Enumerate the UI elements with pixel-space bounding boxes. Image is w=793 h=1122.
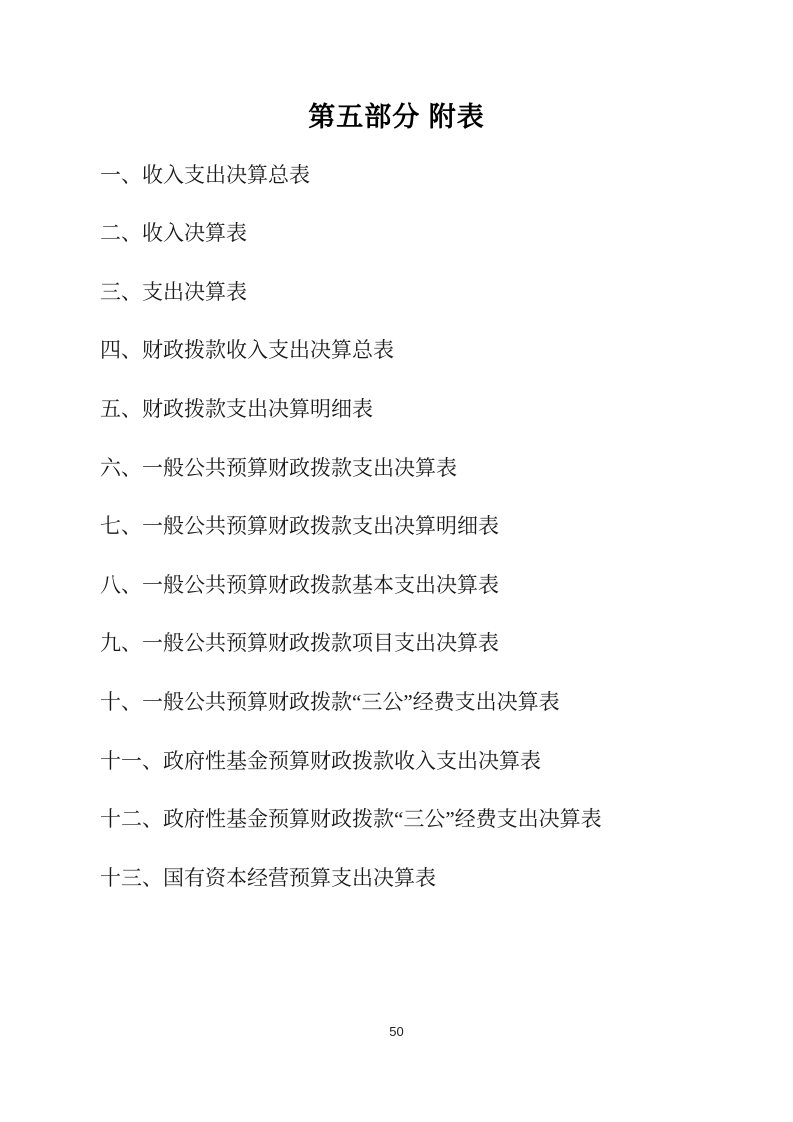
toc-item-2: 二、收入决算表 xyxy=(100,205,743,264)
toc-item-4: 四、财政拨款收入支出决算总表 xyxy=(100,322,743,381)
table-of-contents: 一、收入支出决算总表 二、收入决算表 三、支出决算表 四、财政拨款收入支出决算总… xyxy=(100,146,743,908)
page-number: 50 xyxy=(0,1024,793,1039)
document-page: 第五部分 附表 一、收入支出决算总表 二、收入决算表 三、支出决算表 四、财政拨… xyxy=(0,0,793,1122)
toc-item-3: 三、支出决算表 xyxy=(100,263,743,322)
toc-item-13: 十三、国有资本经营预算支出决算表 xyxy=(100,849,743,908)
toc-item-6: 六、一般公共预算财政拨款支出决算表 xyxy=(100,439,743,498)
toc-item-11: 十一、政府性基金预算财政拨款收入支出决算表 xyxy=(100,732,743,791)
toc-item-12: 十二、政府性基金预算财政拨款“三公”经费支出决算表 xyxy=(100,791,743,850)
toc-item-7: 七、一般公共预算财政拨款支出决算明细表 xyxy=(100,498,743,557)
toc-item-8: 八、一般公共预算财政拨款基本支出决算表 xyxy=(100,556,743,615)
section-title: 第五部分 附表 xyxy=(0,100,793,134)
toc-item-5: 五、财政拨款支出决算明细表 xyxy=(100,380,743,439)
toc-item-1: 一、收入支出决算总表 xyxy=(100,146,743,205)
toc-item-10: 十、一般公共预算财政拨款“三公”经费支出决算表 xyxy=(100,673,743,732)
toc-item-9: 九、一般公共预算财政拨款项目支出决算表 xyxy=(100,615,743,674)
